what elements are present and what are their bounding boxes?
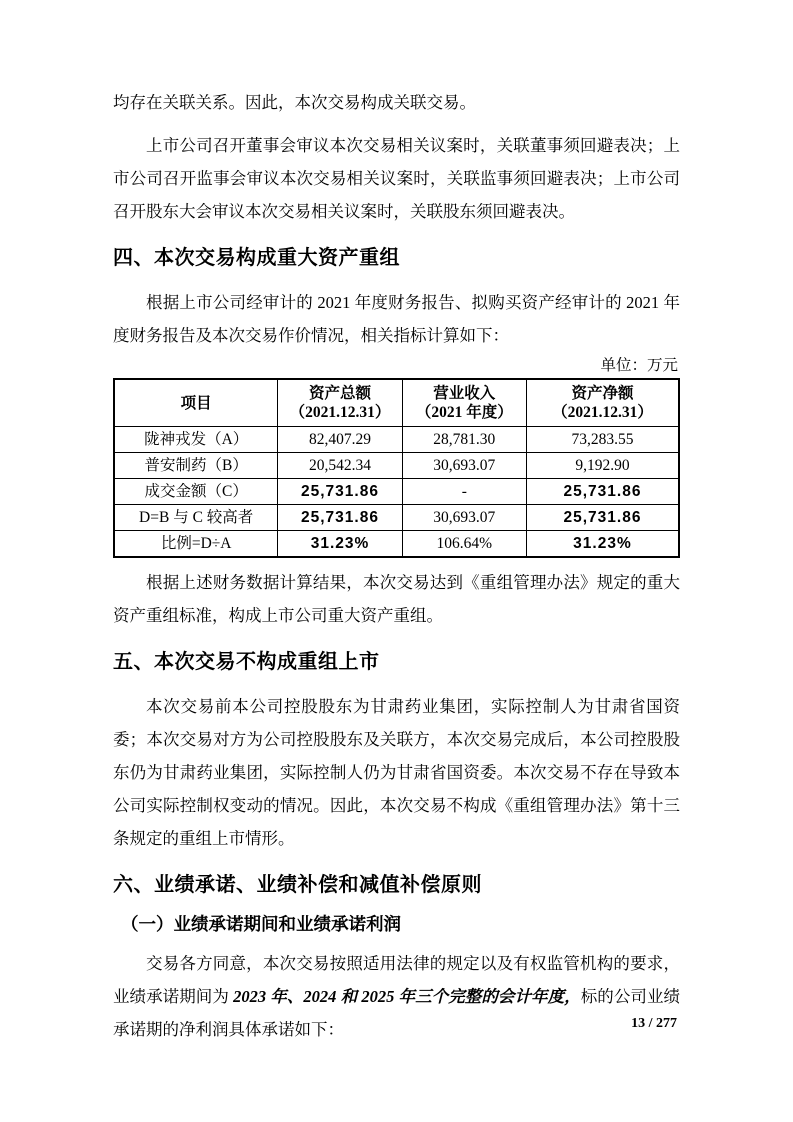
row-label: 成交金额（C） [114,479,278,505]
document-page: 均存在关联关系。因此，本次交易构成关联交易。 上市公司召开董事会审议本次交易相关… [0,0,793,1122]
table-cell: 25,731.86 [526,505,679,531]
table-cell: 30,693.07 [402,505,526,531]
col-header-operating-revenue: 营业收入 （2021 年度） [402,379,526,427]
commitment-years-emphasis: 2023 年、2024 和 2025 年三个完整的会计年度， [233,987,581,1006]
section-heading-4-major-asset-restructuring: 四、本次交易构成重大资产重组 [113,244,680,272]
financial-comparison-table: 项目 资产总额 （2021.12.31） 营业收入 （2021 年度） 资产净额… [113,378,680,558]
col-header-total-assets: 资产总额 （2021.12.31） [278,379,402,427]
table-cell: 20,542.34 [278,453,402,479]
paragraph-voting-avoidance: 上市公司召开董事会审议本次交易相关议案时，关联董事须回避表决；上市公司召开监事会… [113,129,680,228]
row-label: 比例=D÷A [114,531,278,558]
paragraph-restructuring-conclusion: 根据上述财务数据计算结果，本次交易达到《重组管理办法》规定的重大资产重组标准，构… [113,566,680,632]
section-heading-5-no-restructuring-listing: 五、本次交易不构成重组上市 [113,648,680,676]
col-header-item: 项目 [114,379,278,427]
col-header-total-assets-title: 资产总额 [280,384,399,403]
table-cell: 82,407.29 [278,427,402,453]
table-cell: 30,693.07 [402,453,526,479]
col-header-operating-revenue-title: 营业收入 [405,384,524,403]
col-header-item-label: 项目 [181,395,212,412]
table-cell: 25,731.86 [278,505,402,531]
col-header-net-assets-date: （2021.12.31） [529,403,676,422]
row-label: 普安制药（B） [114,453,278,479]
table-row: 成交金额（C）25,731.86-25,731.86 [114,479,679,505]
table-row: 陇神戎发（A）82,407.2928,781.3073,283.55 [114,427,679,453]
section-heading-6-performance-commitment: 六、业绩承诺、业绩补偿和减值补偿原则 [113,871,680,899]
paragraph-related-transaction-conclusion: 均存在关联关系。因此，本次交易构成关联交易。 [113,86,680,119]
row-label: D=B 与 C 较高者 [114,505,278,531]
table-cell: 31.23% [526,531,679,558]
table-cell: 73,283.55 [526,427,679,453]
paragraph-commitment-period: 交易各方同意，本次交易按照适用法律的规定以及有权监管机构的要求，业绩承诺期间为 … [113,947,680,1046]
table-unit-note: 单位：万元 [113,356,678,376]
page-number: 13 / 277 [631,1016,677,1032]
row-label: 陇神戎发（A） [114,427,278,453]
table-cell: 31.23% [278,531,402,558]
paragraph-control-unchanged: 本次交易前本公司控股股东为甘肃药业集团，实际控制人为甘肃省国资委；本次交易对方为… [113,690,680,855]
table-cell: - [402,479,526,505]
table-header-row: 项目 资产总额 （2021.12.31） 营业收入 （2021 年度） 资产净额… [114,379,679,427]
subsection-heading-commitment-period: （一）业绩承诺期间和业绩承诺利润 [121,913,680,935]
table-cell: 28,781.30 [402,427,526,453]
col-header-operating-revenue-period: （2021 年度） [405,403,524,422]
col-header-total-assets-date: （2021.12.31） [280,403,399,422]
table-row: 比例=D÷A31.23%106.64%31.23% [114,531,679,558]
table-cell: 106.64% [402,531,526,558]
table-row: D=B 与 C 较高者25,731.8630,693.0725,731.86 [114,505,679,531]
table-cell: 25,731.86 [278,479,402,505]
col-header-net-assets: 资产净额 （2021.12.31） [526,379,679,427]
col-header-net-assets-title: 资产净额 [529,384,676,403]
table-cell: 9,192.90 [526,453,679,479]
table-row: 普安制药（B）20,542.3430,693.079,192.90 [114,453,679,479]
paragraph-indicator-calculation-intro: 根据上市公司经审计的 2021 年度财务报告、拟购买资产经审计的 2021 年度… [113,286,680,352]
table-cell: 25,731.86 [526,479,679,505]
